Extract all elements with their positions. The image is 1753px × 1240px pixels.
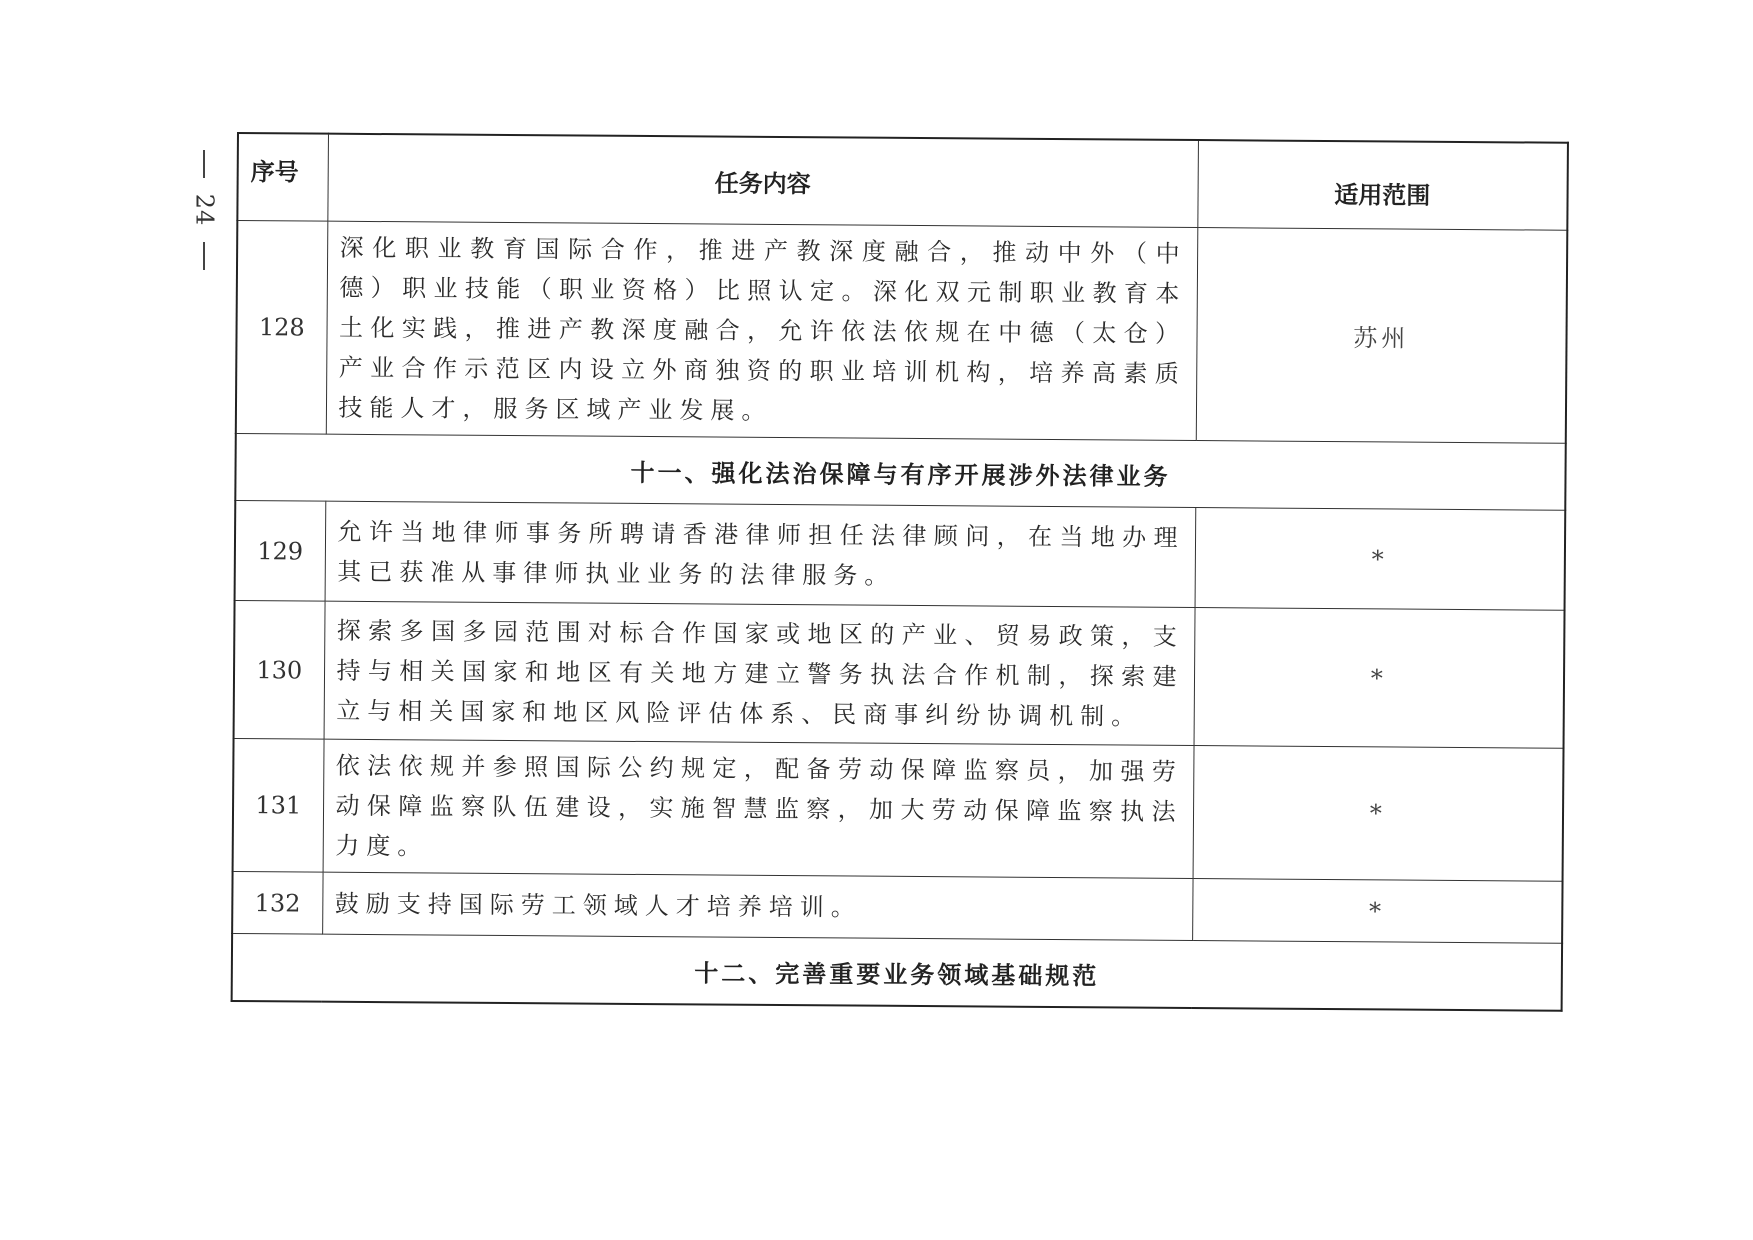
row-no: 132 bbox=[232, 871, 322, 934]
row-task: 允许当地律师事务所聘请香港律师担任法律顾问，在当地办理其已获准从事律师执业业务的… bbox=[325, 501, 1196, 607]
row-scope: * bbox=[1195, 508, 1566, 611]
row-scope: * bbox=[1194, 608, 1565, 749]
task-table: 序号 任务内容 适用范围 128 深化职业教育国际合作，推进产教深度融合，推动中… bbox=[231, 132, 1569, 1012]
table-row: 128 深化职业教育国际合作，推进产教深度融合，推动中外（中德）职业技能（职业资… bbox=[236, 221, 1568, 444]
page-number: 24 bbox=[184, 150, 224, 310]
table-row: 132 鼓励支持国际劳工领域人才培养培训。 * bbox=[232, 871, 1562, 943]
table-row: 131 依法依规并参照国际公约规定，配备劳动保障监察员，加强劳动保障监察队伍建设… bbox=[233, 738, 1564, 881]
row-no: 130 bbox=[234, 600, 325, 739]
section-title: 十二、完善重要业务领域基础规范 bbox=[232, 933, 1562, 1010]
row-scope: 苏州 bbox=[1196, 228, 1568, 444]
table-row: 129 允许当地律师事务所聘请香港律师担任法律顾问，在当地办理其已获准从事律师执… bbox=[235, 500, 1566, 610]
page-number-dash-bottom bbox=[203, 242, 205, 270]
row-task: 深化职业教育国际合作，推进产教深度融合，推动中外（中德）职业技能（职业资格）比照… bbox=[326, 221, 1198, 440]
row-task: 探索多国多园范围对标合作国家或地区的产业、贸易政策，支持与相关国家和地区有关地方… bbox=[324, 601, 1195, 745]
row-no: 129 bbox=[235, 500, 326, 601]
section-title: 十一、强化法治保障与有序开展涉外法律业务 bbox=[235, 433, 1565, 510]
table-header-row: 序号 任务内容 适用范围 bbox=[237, 133, 1568, 230]
header-no: 序号 bbox=[237, 133, 328, 221]
section-row: 十一、强化法治保障与有序开展涉外法律业务 bbox=[235, 433, 1565, 510]
row-no: 131 bbox=[233, 738, 324, 872]
section-row: 十二、完善重要业务领域基础规范 bbox=[232, 933, 1562, 1010]
page-number-text: 24 bbox=[190, 194, 218, 227]
row-no: 128 bbox=[236, 221, 328, 435]
row-task: 鼓励支持国际劳工领域人才培养培训。 bbox=[322, 872, 1192, 940]
header-task: 任务内容 bbox=[327, 134, 1198, 228]
row-scope: * bbox=[1193, 746, 1564, 882]
page-number-dash-top bbox=[203, 150, 205, 178]
header-scope: 适用范围 bbox=[1197, 140, 1568, 230]
row-scope: * bbox=[1192, 879, 1562, 944]
table-row: 130 探索多国多园范围对标合作国家或地区的产业、贸易政策，支持与相关国家和地区… bbox=[234, 600, 1565, 748]
row-task: 依法依规并参照国际公约规定，配备劳动保障监察员，加强劳动保障监察队伍建设，实施智… bbox=[323, 739, 1194, 878]
